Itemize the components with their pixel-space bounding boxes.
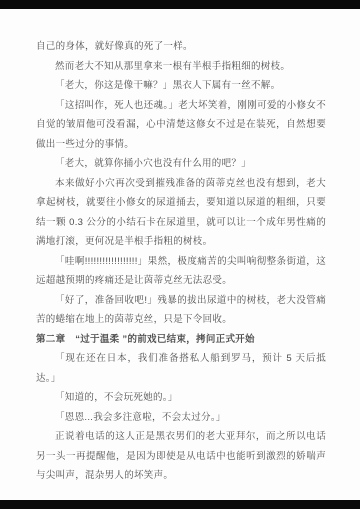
paragraph-dialogue: 「恩恩...我会多注意啦，不会太过分。」 [36,408,326,428]
paragraph-dialogue: 「现在还在日本，我们准备搭私人船到罗马，预计 5 天后抵达。」 [36,349,326,388]
chapter-heading: 第二章 “过于温柔 ”的前戏已结束，拷问正式开始 [36,330,326,350]
paragraph: 然而老大不知从那里拿来一根有半根手指粗细的树枝。 [36,57,326,77]
paragraph-dialogue: 「好了，准备回收吧!」残暴的拔出尿道中的树枝，老大没管痛苦的蜷缩在地上的茵蒂克丝… [36,291,326,330]
paragraph-dialogue: 「老大，就算你捅小穴也没有什么用的吧？」 [36,154,326,174]
top-letterbox-bar [0,0,360,9]
paragraph-dialogue: 「知道的，不会玩死她的。」 [36,388,326,408]
paragraph-dialogue: 「哇啊!!!!!!!!!!!!!!!!!!」果然，极度痛苦的尖叫响彻整条街道，这… [36,252,326,291]
reader-viewport: 自己的身体，就好像真的死了一样。 然而老大不知从那里拿来一根有半根手指粗细的树枝… [0,0,360,509]
paragraph-dialogue: 「老大，你这是像干嘛？」黑衣人下属有一丝不解。 [36,76,326,96]
paragraph-continuation: 自己的身体，就好像真的死了一样。 [36,37,326,57]
paragraph: 本来做好小穴再次受到摧残准备的茵蒂克丝也没有想到，老大拿起树枝，就要往小修女的尿… [36,174,326,252]
paragraph: 正说着电话的这人正是黑衣男们的老大亚拜尔，而之所以电话另一头一再提醒他，是因为即… [36,427,326,486]
bottom-letterbox-bar [0,500,360,509]
paragraph-dialogue: 「这招叫作，死人也还魂。」老大坏笑着，刚刚可爱的小修女不自觉的皱眉他可没看漏，心… [36,96,326,155]
page-content: 自己的身体，就好像真的死了一样。 然而老大不知从那里拿来一根有半根手指粗细的树枝… [0,9,360,500]
